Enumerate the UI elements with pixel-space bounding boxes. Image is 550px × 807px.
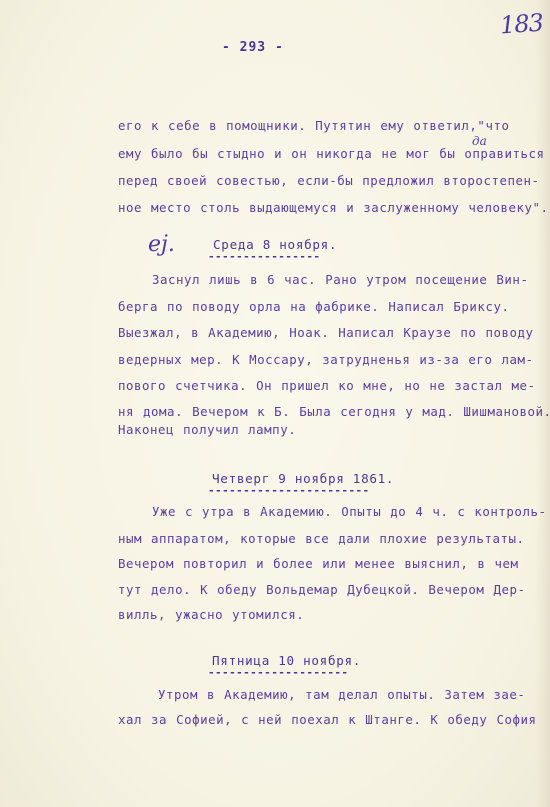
text-line: ное место столь выдающемуся и заслуженно… [118, 200, 549, 215]
text-line: Наконец получил лампу. [118, 422, 296, 437]
text-line: ным аппаратом, которые все дали плохие р… [118, 531, 525, 546]
text-line: перед своей совестью, если-бы предложил … [118, 173, 540, 188]
text-line: Заснул лишь в 6 час. Рано утром посещени… [152, 272, 528, 287]
page-number: - 293 - [222, 40, 284, 55]
text-line: Утром в Академию, там делал опыты. Затем… [158, 687, 525, 702]
archive-folio-number: 183 [499, 9, 544, 40]
text-line: пового счетчика. Он пришел ко мне, но не… [118, 378, 536, 393]
text-line: Выезжал, в Академию, Ноак. Написал Крауз… [118, 325, 534, 340]
text-line: ня дома. Вечером к Б. Была сегодня у мад… [118, 404, 550, 419]
text-line: Вечером повторил и более или менее выясн… [118, 556, 518, 571]
text-line: ведерных мер. К Моссару, затрудненья из-… [118, 352, 534, 367]
heading-underline: ----------------------- [208, 484, 370, 497]
text-line: тут дело. К обеду Вольдемар Дубецкой. Ве… [118, 582, 526, 597]
text-line: хал за Софией, с ней поехал к Штанге. К … [118, 712, 537, 727]
text-line: вилль, ужасно утомился. [118, 607, 304, 622]
text-line: ему было бы стыдно и он никогда не мог б… [118, 146, 545, 161]
text-line: его к себе в помощники. Путятин ему отве… [118, 118, 509, 133]
heading-underline: ---------------- [208, 250, 320, 263]
text-line: берга по поводу орла на фабрике. Написал… [118, 299, 509, 314]
heading-underline: -------------------- [208, 666, 348, 679]
text-line: Уже с утра в Академию. Опыты до 4 ч. с к… [152, 504, 546, 519]
margin-mark: ej. [148, 232, 175, 257]
